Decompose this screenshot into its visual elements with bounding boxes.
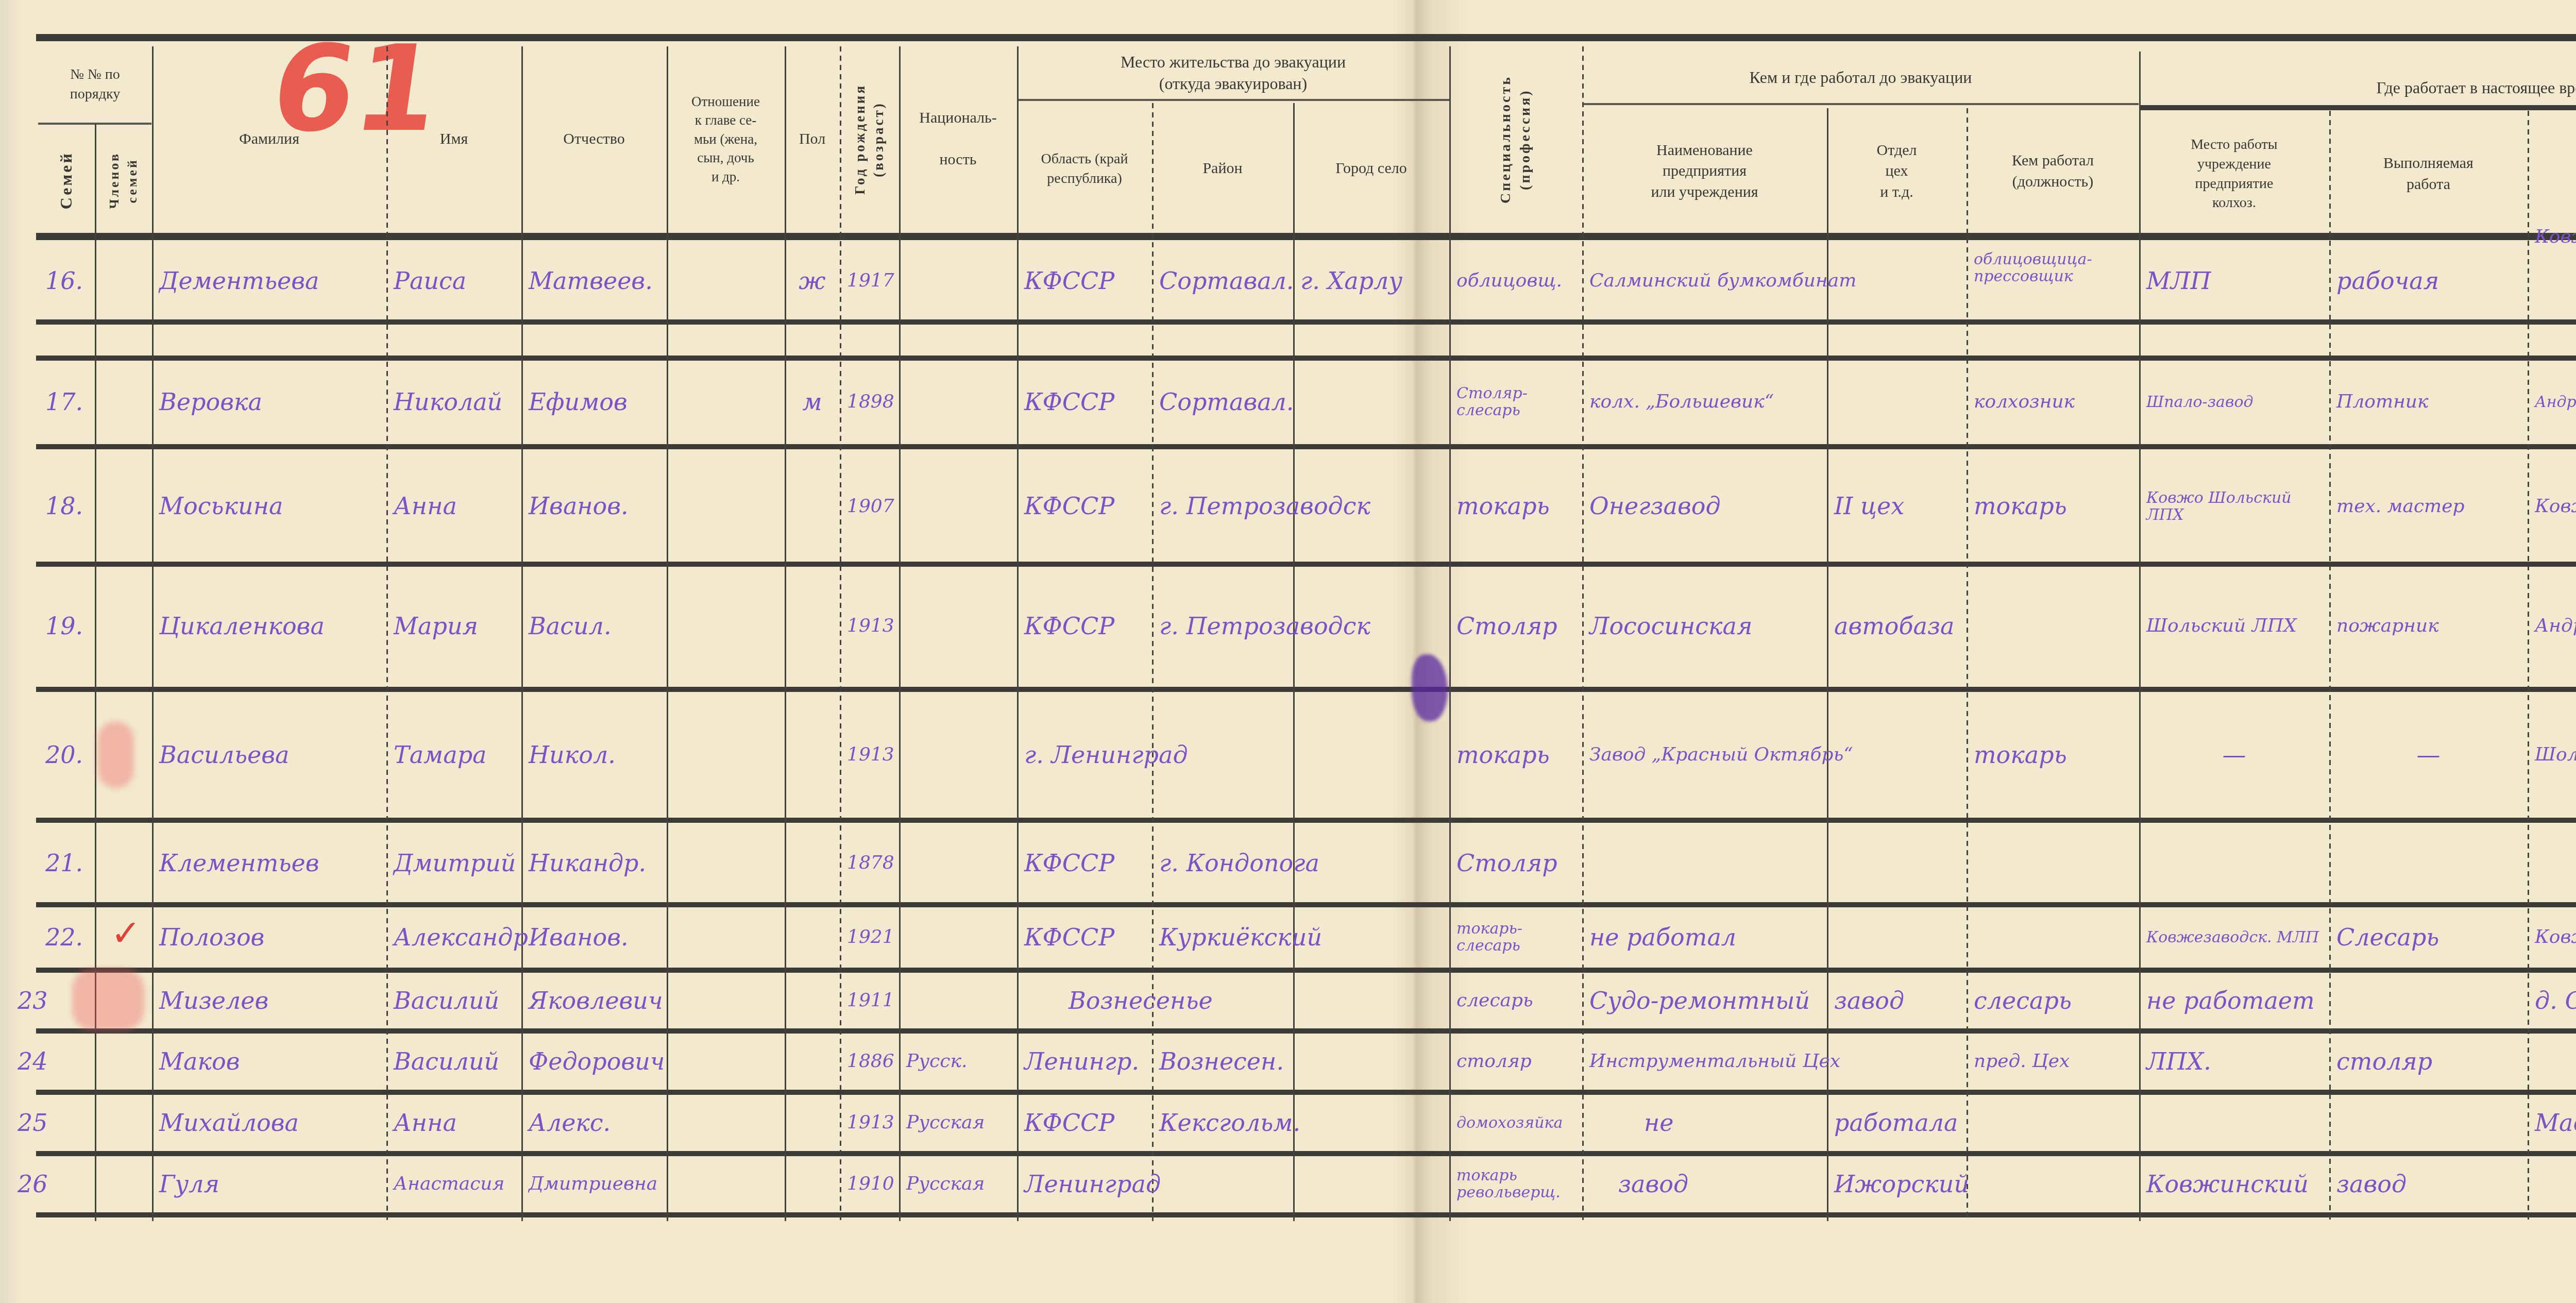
cell-position: облицовщица-прессовщик — [1967, 216, 2139, 319]
header-sex: Пол — [785, 46, 840, 232]
header-residence-group: Место жительства до эвакуации (откуда эв… — [1017, 52, 1449, 94]
cell-enterprise: не работал — [1582, 907, 1967, 968]
cell-department: завод — [1827, 973, 1967, 1028]
cell-year: 1910 — [840, 1156, 899, 1212]
cell-enterprise: Онегзавод — [1582, 453, 1827, 559]
cell-num: 20. — [38, 693, 95, 817]
cell-specialty: столяр — [1449, 1034, 1582, 1089]
cell-num: 21. — [38, 824, 95, 902]
cell-region: Ленинград — [1017, 1156, 1152, 1212]
cell-specialty: облицовщ. — [1449, 242, 1582, 319]
cell-num: 17. — [38, 361, 95, 443]
cell-district: г. Петрозаводск — [1152, 453, 1449, 559]
row-rule — [36, 562, 2576, 567]
cell-workplace: не работает — [2139, 973, 2528, 1028]
cell-settled: Андреевский пос. ул. Скуланов. пс. — [2528, 361, 2576, 443]
cell-patronymic: Никандр. — [521, 824, 667, 902]
cell-settled: Ковжо Андреевский пос. — [2528, 453, 2576, 559]
cell-workplace: Ковжинский — [2139, 1156, 2329, 1212]
cell-surname: Цикаленкова — [152, 567, 386, 685]
cell-surname: Моськина — [152, 453, 386, 559]
cell-year: 1913 — [840, 1095, 899, 1150]
cell-num: 24 — [10, 1034, 95, 1089]
cell-nationality: Русская — [899, 1156, 1017, 1212]
cell-sex: ж — [785, 242, 840, 319]
cell-workplace: Шпало-завод — [2139, 361, 2329, 443]
cell-surname: Михайлова — [152, 1095, 386, 1150]
cell-name: Тамара — [386, 693, 521, 817]
cell-surname: Клементьев — [152, 824, 386, 902]
cell-enterprise: Салминский бумкомбинат — [1582, 242, 1967, 319]
row-rule — [36, 1151, 2576, 1156]
header-num-family: Семей — [38, 129, 95, 232]
header-num-family-label: Семей — [55, 151, 77, 209]
cell-district: Вознесенье — [1017, 973, 1449, 1028]
header-nationality: Националь- ность — [899, 46, 1017, 232]
cell-region: КФССР — [1017, 567, 1152, 685]
cell-patronymic: Иванов. — [521, 453, 667, 559]
cell-year: 1907 — [840, 453, 899, 559]
cell-patronymic: Федорович — [521, 1034, 667, 1089]
header-num-members: Членов семей — [95, 129, 152, 232]
cell-settled: Андреевский пос. — [2528, 567, 2576, 685]
cell-city: г. Харлу — [1293, 242, 1449, 319]
cell-num: 23 — [10, 973, 95, 1028]
cell-patronymic: Яковлевич — [521, 973, 667, 1028]
cell-surname: Полозов — [152, 907, 386, 968]
header-work-before-split — [1582, 103, 2139, 105]
cell-year: 1911 — [840, 973, 899, 1028]
header-work-now-split — [2139, 105, 2576, 110]
cell-specialty: слесарь — [1449, 973, 1582, 1028]
cell-department: II цех — [1827, 453, 1967, 559]
cell-patronymic: Ефимов — [521, 361, 667, 443]
cell-workplace: Шольский ЛПХ — [2139, 567, 2329, 685]
cell-patronymic: Дмитриевна — [521, 1156, 667, 1212]
cell-name: Анна — [386, 453, 521, 559]
cell-region: КФССР — [1017, 824, 1152, 902]
cell-department: Ижорский — [1827, 1156, 1967, 1212]
cell-surname: Васильева — [152, 693, 386, 817]
header-name: Имя — [386, 46, 521, 232]
cell-job: Плотник — [2329, 361, 2528, 443]
cell-surname: Маков — [152, 1034, 386, 1089]
cell-job: столяр — [2329, 1034, 2528, 1089]
cell-department: автобаза — [1827, 567, 1967, 685]
cell-patronymic: Никол. — [521, 693, 667, 817]
header-relation: Отношение к главе се- мьи (жена, сын, до… — [667, 46, 785, 232]
header-specialty: Специальность (профессия) — [1449, 46, 1582, 232]
cell-job: завод — [2329, 1156, 2528, 1212]
row-rule — [36, 818, 2576, 823]
cell-year: 1878 — [840, 824, 899, 902]
cell-region: Ленингр. — [1017, 1034, 1152, 1089]
cell-district: Кексгольм. — [1152, 1095, 1449, 1150]
row-rule — [36, 356, 2576, 361]
cell-year: 1898 — [840, 361, 899, 443]
cell-position: пред. Цех — [1967, 1034, 2139, 1089]
cell-surname: Мизелев — [152, 973, 386, 1028]
row-rule — [36, 968, 2576, 973]
cell-district: г. Кондопога — [1152, 824, 1449, 902]
cell-job: рабочая — [2329, 242, 2528, 319]
header-bottom-rule — [36, 233, 2576, 240]
cell-specialty: токарь-слесарь — [1449, 907, 1582, 968]
cell-sex: м — [785, 361, 840, 443]
cell-workplace: Ковжо Шольский ЛПХ — [2139, 453, 2329, 559]
cell-name: Николай — [386, 361, 521, 443]
cell-name: Мария — [386, 567, 521, 685]
cell-region: г. Ленинград — [1017, 693, 1293, 817]
row-rule — [36, 1090, 2576, 1095]
cell-year: 1921 — [840, 907, 899, 968]
header-enterprise: Наименование предприятия или учреждения — [1582, 111, 1827, 232]
header-department: Отдел цех и т.д. — [1827, 111, 1967, 232]
cell-district: Сортавал. — [1152, 242, 1293, 319]
cell-district: Сортавал. — [1152, 361, 1293, 443]
row-rule — [36, 1028, 2576, 1034]
cell-enterprise: Лососинская — [1582, 567, 1827, 685]
cell-workplace: Ковжезаводск. МЛП — [2139, 907, 2329, 968]
cell-region: КФССР — [1017, 1095, 1152, 1150]
cell-num: 18. — [38, 453, 95, 559]
cell-enterprise: Завод „Красный Октябрь“ — [1582, 693, 1967, 817]
cell-workplace: — — [2139, 693, 2329, 817]
header-num-members-label: Членов семей — [105, 152, 141, 209]
row-rule — [36, 319, 2576, 325]
cell-patronymic: Иванов. — [521, 907, 667, 968]
cell-patronymic: Алекс. — [521, 1095, 667, 1150]
header-specialty-label: Специальность (профессия) — [1496, 75, 1535, 204]
cell-job: тех. мастер — [2329, 453, 2528, 559]
cell-job: — — [2329, 693, 2528, 817]
cell-year: 1913 — [840, 693, 899, 817]
cell-settled: д. Семенько — [2528, 973, 2576, 1028]
header-residence-split — [1017, 99, 1450, 101]
cell-enterprise: Судо-ремонтный — [1582, 973, 1827, 1028]
cell-name: Василий — [386, 1034, 521, 1089]
cell-job: пожарник — [2329, 567, 2528, 685]
cell-region: КФССР — [1017, 907, 1152, 968]
header-num-group: № № по порядку — [38, 46, 152, 123]
cell-name: Дмитрий — [386, 824, 521, 902]
cell-patronymic: Матвеев. — [521, 242, 667, 319]
cell-name: Василий — [386, 973, 521, 1028]
cell-district: Вознесен. — [1152, 1034, 1449, 1089]
cell-name: Александр — [386, 907, 521, 968]
cell-region: КФССР — [1017, 242, 1152, 319]
cell-num: 26 — [10, 1156, 95, 1212]
cell-num: 25 — [10, 1095, 95, 1150]
header-birth-year: Год рождения (возраст) — [840, 46, 899, 232]
cell-position: токарь — [1967, 453, 2139, 559]
header-birth-year-label: Год рождения (возраст) — [851, 84, 888, 195]
header-district: Район — [1152, 106, 1293, 232]
cell-surname: Дементьева — [152, 242, 386, 319]
cell-name: Анастасия — [386, 1156, 521, 1212]
cell-specialty: Столяр-слесарь — [1449, 361, 1582, 443]
cell-position: слесарь — [1967, 973, 2139, 1028]
cell-specialty: Столяр — [1449, 824, 1582, 902]
cell-year: 1886 — [840, 1034, 899, 1089]
cell-num: 19. — [38, 567, 95, 685]
red-pencil-smudge — [98, 721, 134, 788]
cell-workplace: ЛПХ. — [2139, 1034, 2329, 1089]
header-region: Область (край республика) — [1017, 106, 1152, 232]
red-checkmark: ✓ — [111, 912, 141, 954]
cell-num: 22. — [38, 907, 95, 968]
header-position: Кем работал (должность) — [1967, 111, 2139, 232]
cell-settled: Мадрыньке Чс — [2528, 1095, 2576, 1150]
col-line — [95, 124, 96, 1221]
cell-district: г. Петрозаводск — [1152, 567, 1449, 685]
header-surname: Фамилия — [152, 46, 386, 232]
cell-specialty: токарь револьверщ. — [1449, 1156, 1582, 1212]
row-rule — [36, 687, 2576, 692]
header-workplace-now: Место работы учреждение предприятие колх… — [2139, 116, 2329, 232]
header-work-before-group: Кем и где работал до эвакуации — [1582, 67, 2139, 89]
header-work-now-group: Где работает в настоящее время — [2139, 77, 2576, 99]
cell-year: 1917 — [840, 242, 899, 319]
cell-department: работала — [1827, 1095, 2136, 1150]
cell-num: 16. — [38, 242, 95, 319]
header-settled: Где поселился (адрес) — [2528, 116, 2576, 232]
cell-nationality: Русская — [899, 1095, 1017, 1150]
cell-workplace: МЛП — [2139, 242, 2329, 319]
header-city: Город село — [1293, 106, 1449, 232]
cell-enterprise: не — [1582, 1095, 1827, 1150]
cell-surname: Веровка — [152, 361, 386, 443]
cell-surname: Гуля — [152, 1156, 386, 1212]
cell-enterprise: завод — [1582, 1156, 1827, 1212]
row-rule — [36, 1212, 2576, 1217]
cell-settled: Ковжезавод. МЛП — [2528, 907, 2576, 968]
cell-settled: Ковжезаводский МЛП — [2528, 227, 2576, 294]
cell-region: КФССР — [1017, 453, 1152, 559]
header-patronymic: Отчество — [521, 46, 667, 232]
cell-specialty: Столяр — [1449, 567, 1582, 685]
cell-patronymic: Васил. — [521, 567, 667, 685]
cell-enterprise: Инструментальный Цех — [1582, 1034, 1967, 1089]
cell-region: КФССР — [1017, 361, 1152, 443]
cell-specialty: домохозяйка — [1449, 1095, 1582, 1150]
header-job-now: Выполняемая работа — [2329, 116, 2528, 232]
cell-settled: Шольский Пр. завод — [2528, 693, 2576, 817]
cell-specialty: токарь — [1449, 453, 1582, 559]
cell-enterprise: колх. „Большевик“ — [1582, 361, 1967, 443]
header-top-rule — [36, 34, 2576, 41]
row-rule — [36, 444, 2576, 449]
cell-name: Раиса — [386, 242, 521, 319]
cell-specialty: токарь — [1449, 693, 1582, 817]
cell-job: Слесарь — [2329, 907, 2528, 968]
cell-name: Анна — [386, 1095, 521, 1150]
cell-year: 1913 — [840, 567, 899, 685]
cell-district: Куркиёкский — [1152, 907, 1449, 968]
cell-position: токарь — [1967, 693, 2139, 817]
cell-position: колхозник — [1967, 361, 2139, 443]
cell-nationality: Русск. — [899, 1034, 1017, 1089]
